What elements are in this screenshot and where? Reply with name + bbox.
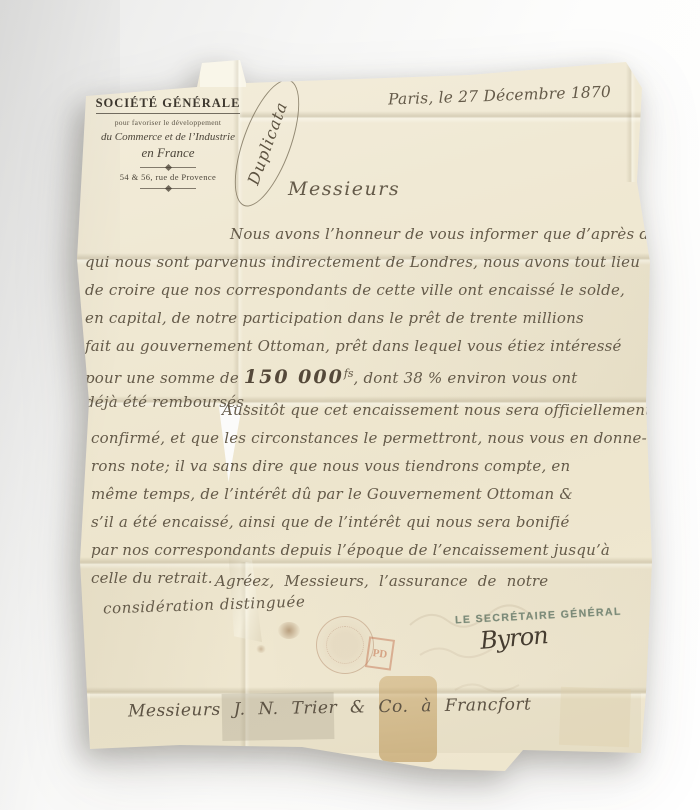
letter-line: en capital, de notre participation dans … — [85, 304, 650, 332]
letterhead: SOCIÉTÉ GÉNÉRALE pour favoriser le dével… — [92, 94, 244, 193]
company-tagline: pour favoriser le développement — [92, 118, 244, 127]
amount-prefix: pour une somme de — [85, 369, 244, 387]
duplicata-text: Duplicata — [243, 99, 291, 187]
letter-line: qui nous sont parvenus indirectement de … — [85, 248, 650, 276]
amount-suffix: , dont 38 % environ vous ont — [354, 369, 578, 387]
letter-line: par nos correspondants depuis l’époque d… — [91, 536, 651, 564]
letter-line-amount: pour une somme de 150 000fs, dont 38 % e… — [85, 360, 650, 388]
company-street-address: 54 & 56, rue de Provence — [92, 172, 244, 182]
body-paragraph-2: Aussitôt que cet encaissement nous sera … — [91, 396, 651, 592]
letter-line: Aussitôt que cet encaissement nous sera … — [91, 396, 651, 424]
postmark-inner-ring — [326, 626, 364, 664]
recipient-line: Messieurs J. N. Trier & Co. à Francfort — [128, 694, 532, 721]
photo-background: SOCIÉTÉ GÉNÉRALE pour favoriser le dével… — [0, 0, 700, 810]
date-line: Paris, le 27 Décembre 1870 — [388, 81, 648, 108]
company-name: SOCIÉTÉ GÉNÉRALE — [96, 96, 241, 114]
salutation: Messieurs — [288, 178, 400, 200]
ink-stain — [278, 622, 300, 639]
letter-line: confirmé, et que les circonstances le pe… — [91, 424, 651, 452]
pd-postal-mark: PD — [365, 636, 395, 670]
top-edge-fold-tab — [200, 60, 246, 87]
bleed-through-marks — [400, 600, 600, 710]
company-subtitle-line: en France — [92, 145, 244, 161]
company-subtitle-line: du Commerce et de l’Industrie — [92, 131, 244, 143]
letterhead-divider-ornament — [140, 186, 196, 191]
letter-line: de croire que nos correspondants de cett… — [85, 276, 650, 304]
letter-line: s’il a été encaissé, ainsi que de l’inté… — [91, 508, 651, 536]
fold-crease-vertical — [626, 62, 636, 182]
fold-crease — [240, 111, 660, 123]
letter-line: même temps, de l’intérêt dû par le Gouve… — [91, 480, 651, 508]
closing-line: Agréez, Messieurs, l’assurance de notre — [215, 572, 548, 590]
letter-sheet-wrap: SOCIÉTÉ GÉNÉRALE pour favoriser le dével… — [0, 0, 700, 810]
amount-value: 150 000 — [244, 366, 344, 388]
letter-line: Nous avons l’honneur de vous informer qu… — [85, 220, 650, 248]
closing-line: considération distinguée — [103, 592, 306, 617]
amount-unit: fs — [344, 367, 354, 380]
ink-stain — [256, 645, 266, 653]
letter-line: rons note; il va sans dire que nous vous… — [91, 452, 651, 480]
letter-sheet: SOCIÉTÉ GÉNÉRALE pour favoriser le dével… — [0, 0, 700, 810]
letterhead-divider-ornament — [140, 165, 196, 170]
body-paragraph-1: Nous avons l’honneur de vous informer qu… — [85, 220, 650, 416]
letter-line: fait au gouvernement Ottoman, prêt dans … — [85, 332, 650, 360]
